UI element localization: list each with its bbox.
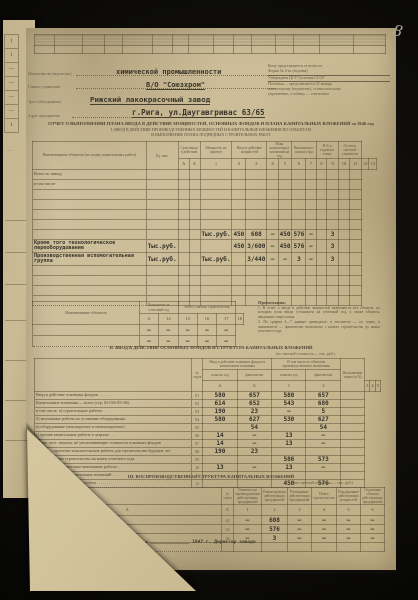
table-cell: Выполнение плана (в %) <box>341 359 365 392</box>
margin-cell: 1 <box>4 34 19 49</box>
table-cell <box>146 170 178 180</box>
table-cell <box>338 253 350 266</box>
table-cell: 652 <box>237 400 272 408</box>
table-cell: 450 <box>232 240 246 253</box>
table-cell <box>336 543 360 552</box>
table-cell: 614 <box>203 400 237 408</box>
table-cell: 09 <box>191 456 203 464</box>
table-cell <box>278 180 292 190</box>
table-cell: 580 <box>203 392 237 400</box>
table-cell <box>146 276 178 286</box>
margin-mini-table: 11————1 <box>4 34 19 133</box>
table-cell: Техническое перевооружение действующих п… <box>233 488 261 505</box>
table-cell: — <box>159 325 178 336</box>
table-cell <box>267 276 278 286</box>
table-cell: — <box>306 230 316 240</box>
table-cell: 450 <box>278 240 292 253</box>
table-cell <box>327 276 338 286</box>
table-cell <box>200 210 232 220</box>
table-cell <box>189 240 200 253</box>
table-cell: 608 <box>246 230 267 240</box>
table-cell: Тыс.руб. <box>146 253 178 266</box>
table-cell: план на год <box>203 370 237 381</box>
table-cell: Реконструкция действующих предприятий <box>262 488 288 505</box>
table-cell: 13 <box>369 159 377 170</box>
table-cell: фактически <box>237 370 272 381</box>
table-cell: 3 <box>327 230 338 240</box>
table-cell: 4 <box>311 505 336 516</box>
table-cell: 576 <box>292 230 306 240</box>
table-cell: — <box>306 240 316 253</box>
table-cell <box>189 170 200 180</box>
table-cell <box>316 170 327 180</box>
report-title: ОТЧЕТ О ВЫПОЛНЕНИИ ПЛАНА ВВОДА В ДЕЙСТВИ… <box>36 121 386 137</box>
table-cell <box>350 190 362 200</box>
table-cell: 4 <box>267 159 278 170</box>
table-cell: 627 <box>306 416 341 424</box>
table-cell <box>146 220 178 230</box>
table-cell: — <box>336 525 360 534</box>
strip-cell <box>35 46 55 54</box>
table-cell: Новое строительство <box>311 488 336 505</box>
table-cell <box>316 210 327 220</box>
note-1: 1. В отчет о вводе в действие мощностей … <box>258 306 380 319</box>
table-cell: план на год <box>272 370 306 381</box>
section2-note: (по сметной стоимости — тыс. руб.) <box>276 352 335 356</box>
t2-corner <box>35 359 192 392</box>
table-cell: 657 <box>237 392 272 400</box>
table-cell: 7 <box>306 159 316 170</box>
table-cell <box>246 220 267 230</box>
table-cell <box>338 180 350 190</box>
strip-header-cell <box>122 35 152 46</box>
header-row-address: Адрес предприятия г.Рига, ул.Даугавгрива… <box>28 110 298 121</box>
address-value: г.Рига, ул.Даугавгривас 63/65 <box>132 108 265 118</box>
table-cell <box>316 180 327 190</box>
table-cell <box>178 200 189 210</box>
table-cell <box>350 230 362 240</box>
table-cell: 657 <box>306 392 341 400</box>
table-cell: — <box>360 516 384 525</box>
note-2: 2. По графам 4—7 данные приводятся: в чи… <box>258 320 380 333</box>
table-cell <box>232 253 246 266</box>
table-cell: — <box>237 440 272 448</box>
ministry-value: химической промышленности <box>116 68 221 76</box>
table-cell <box>200 190 232 200</box>
table-cell: 627 <box>237 416 272 424</box>
table-cell <box>338 266 350 276</box>
t1-row-label <box>33 190 147 200</box>
table-fixed-assets: № строкВвод в действие основных фондов и… <box>34 358 381 488</box>
t2-row-label: б) монтажные работы по установке оборудо… <box>35 416 192 424</box>
table-cell <box>146 190 178 200</box>
table-cell: 02 <box>222 525 234 534</box>
table-cell: — <box>237 464 272 472</box>
table-cell <box>146 266 178 276</box>
table-cell: 3 <box>327 253 338 266</box>
table-cell: 13 <box>272 432 306 440</box>
table-cell <box>232 200 246 210</box>
table-cell <box>327 286 338 296</box>
margin-cell: 1 <box>4 49 19 63</box>
strip-cell <box>188 46 214 54</box>
margin-cell: — <box>4 63 19 77</box>
table-cell <box>146 230 178 240</box>
t2-row-label: Ввод в действие основных фондов . . . . … <box>35 392 192 400</box>
table-cell: Поддержание действующих мощностей <box>336 488 360 505</box>
table-cell <box>178 240 189 253</box>
table-cell: Тыс.руб. <box>146 240 178 253</box>
t1-row-label: Кроме того технологическое переоборудова… <box>33 240 147 253</box>
table-cell: 3 <box>246 159 267 170</box>
table-cell <box>306 200 316 210</box>
table-cell <box>203 424 237 432</box>
table-cell <box>327 200 338 210</box>
table-cell <box>178 266 189 276</box>
table-cell: — <box>233 525 261 534</box>
strip-cell <box>276 46 294 54</box>
table-cell <box>178 170 189 180</box>
table-cell <box>306 180 316 190</box>
table-cell <box>189 210 200 220</box>
table-cell <box>316 190 327 200</box>
strip-header-cell <box>35 35 55 46</box>
t2-row-label: Выполнено подрядным способом . . . . . .… <box>35 479 192 487</box>
table-cell <box>316 230 327 240</box>
table-cell: 8 <box>316 159 327 170</box>
table-cell: — <box>267 240 278 253</box>
table-cell <box>232 286 246 296</box>
table-cell: 3 <box>287 505 311 516</box>
table-cell: В % к годовому плану <box>316 142 338 159</box>
table-cell: План капитальных вложений на год <box>267 142 292 159</box>
table-cell: А <box>139 314 158 325</box>
table-cell: 3 <box>327 240 338 253</box>
table-cell <box>311 543 336 552</box>
table-cell <box>341 432 365 440</box>
table-cell: 16 <box>197 314 216 325</box>
strip-header-cell <box>234 35 252 46</box>
t3-corner <box>33 488 222 505</box>
t2-row-label: в) оборудование (монтируемое и немонтиру… <box>35 424 192 432</box>
table-cell <box>341 424 365 432</box>
table-cell: 14 <box>203 432 237 440</box>
table-cell <box>278 200 292 210</box>
table-cell: — <box>306 464 341 472</box>
table-cell <box>189 180 200 190</box>
table-cell <box>278 210 292 220</box>
table-cell: — <box>287 534 311 543</box>
table-cell: — <box>278 253 292 266</box>
margin-cell: 1 <box>4 119 19 133</box>
notes-block: Примечания: 1. В отчет о вводе в действи… <box>258 300 380 335</box>
table-cell: 2 <box>306 381 341 392</box>
table-cell: — <box>267 253 278 266</box>
table-cell <box>272 448 306 456</box>
table-cell: Ед. изм. <box>146 142 178 170</box>
table-cell <box>350 210 362 220</box>
table-cell <box>246 200 267 210</box>
table-cell <box>338 240 350 253</box>
table-cell: 14 <box>159 314 178 325</box>
table-cell: — <box>287 525 311 534</box>
table-cell: — <box>267 230 278 240</box>
table-cell <box>306 266 316 276</box>
t2-row-label: Кроме того: затраты, не увеличивающие ст… <box>35 440 192 448</box>
table-cell <box>341 464 365 472</box>
table-cell: — <box>233 516 261 525</box>
table-cell: 1 <box>200 159 232 170</box>
table-cell <box>232 276 246 286</box>
table-cell <box>267 220 278 230</box>
table-cell: 03 <box>191 408 203 416</box>
table-cell: 543 <box>272 400 306 408</box>
table-cell <box>232 190 246 200</box>
strip-cell <box>252 46 276 54</box>
table-cell <box>267 266 278 276</box>
table-cell: 13 <box>272 440 306 448</box>
table-cell <box>203 456 237 464</box>
table-cell: 580 <box>203 416 237 424</box>
strip-header-cell <box>152 35 172 46</box>
strip-header-cell <box>320 35 354 46</box>
table-cell: 576 <box>292 240 306 253</box>
strip-cell <box>234 46 252 54</box>
table-cell: Тыс.руб. <box>200 253 232 266</box>
report-page: Министерство (ведомство) химической пром… <box>26 28 396 570</box>
table-cell: 2 <box>232 159 246 170</box>
form-info-block: Кому представляется отчетность Форма № 2… <box>268 64 390 98</box>
table-cell <box>338 200 350 210</box>
table-cell <box>246 170 267 180</box>
table-cell: 190 <box>203 448 237 456</box>
title-line-3: И ВЫПОЛНЕНИЕ ПЛАНА ПОДРЯДНЫХ СТРОИТЕЛЬНЫ… <box>36 132 386 137</box>
strip-cell <box>82 46 104 54</box>
table-cell: 3 <box>262 534 288 543</box>
table-cell <box>327 210 338 220</box>
table-cell: — <box>139 325 158 336</box>
table-cell <box>292 220 306 230</box>
table-cell: 5 <box>306 408 341 416</box>
table-cell <box>146 286 178 296</box>
table-cell <box>292 200 306 210</box>
table-cell: Б <box>237 381 272 392</box>
table-cell <box>350 180 362 190</box>
table-cell <box>232 170 246 180</box>
pencil-page-number: 8 <box>391 21 404 41</box>
table-cell: 450 <box>232 230 246 240</box>
t1-row-label: в том числе: <box>33 180 147 190</box>
table-cell: — <box>311 525 336 534</box>
t1-row-label <box>33 230 147 240</box>
table-cell: 530 <box>272 416 306 424</box>
table-cell <box>232 266 246 276</box>
table-cell: № строк <box>222 488 234 505</box>
table-cell: 18 <box>236 314 244 325</box>
table-cell: — <box>197 325 216 336</box>
table-cell <box>200 170 232 180</box>
table-cell: 12 <box>361 159 369 170</box>
table-cell: 1 <box>272 381 306 392</box>
strip-header-cell <box>214 35 234 46</box>
table-cell <box>316 266 327 276</box>
table-cell: 07 <box>191 440 203 448</box>
table-cell <box>189 253 200 266</box>
t3-row-label: в том числе: строительно-монтажные работ… <box>33 525 222 534</box>
table-cell: 23 <box>237 408 272 416</box>
table-cell <box>341 400 365 408</box>
t1-row-label <box>33 286 147 296</box>
table-cell: В том числе по объектам производственног… <box>272 359 341 370</box>
table-cell <box>350 253 362 266</box>
section3-title: III. ВОСПРОИЗВОДСТВЕННАЯ СТРУКТУРА КАПИТ… <box>66 474 356 479</box>
table-cell <box>278 220 292 230</box>
sub-row-label <box>33 325 140 336</box>
table-cell <box>316 240 327 253</box>
table-cell: 54 <box>306 424 341 432</box>
header-row-glavk: Главное управление В/О "Союзхром" <box>28 81 278 92</box>
table-cell: 11 <box>350 159 362 170</box>
table-cell <box>341 392 365 400</box>
table-cell: 1 <box>233 505 261 516</box>
table-cell <box>178 253 189 266</box>
table-cell <box>338 220 350 230</box>
margin-cell: — <box>4 105 19 119</box>
table-cell <box>246 286 267 296</box>
table-cell: А <box>33 505 222 516</box>
table-cell: — <box>360 525 384 534</box>
table-cell <box>272 424 306 432</box>
table-cell <box>292 286 306 296</box>
margin-cell: — <box>4 91 19 105</box>
strip-cell <box>294 46 320 54</box>
table-cell <box>267 286 278 296</box>
margin-cell: — <box>4 77 19 91</box>
table-cell: Б <box>222 505 234 516</box>
strip-header-cell <box>353 35 385 46</box>
notes-title: Примечания: <box>258 300 380 305</box>
t1-row-label: Всего по заводу <box>33 170 147 180</box>
table-cell <box>146 210 178 220</box>
table-cell: 15 <box>178 314 197 325</box>
table-cell: 2 <box>262 505 288 516</box>
table-cell <box>278 276 292 286</box>
table-cell <box>200 286 232 296</box>
form-info-line: управлению, госбанку — статистика <box>268 92 390 97</box>
table-cell <box>246 266 267 276</box>
t1-row-label <box>33 276 147 286</box>
strip-cell <box>152 46 172 54</box>
table-cell <box>267 180 278 190</box>
table-cell: — <box>306 253 316 266</box>
table-cell: 17 <box>217 314 236 325</box>
strip-cell <box>54 46 82 54</box>
table-cell: А <box>178 159 189 170</box>
table-cell <box>338 286 350 296</box>
table-cell <box>189 286 200 296</box>
strip-header-cell <box>104 35 122 46</box>
table-cell: 3/600 <box>246 240 267 253</box>
table-cell: 06 <box>191 432 203 440</box>
table-cell <box>267 170 278 180</box>
table-cell: 10 <box>191 464 203 472</box>
table-cell: Выполнено за отчетный год <box>139 302 178 314</box>
t1-corner: Наименование объектов (по плану капиталь… <box>33 142 147 170</box>
table-cell <box>327 180 338 190</box>
enterprise-value: Рижский лакокрасочный завод <box>90 95 210 105</box>
table-cell: 5 <box>278 159 292 170</box>
table-cell: Отдельные объекты действующих предприяти… <box>360 488 384 505</box>
table-cell <box>306 276 316 286</box>
strip-cell <box>353 46 385 54</box>
t3-row-label: Капитальные вложения — всего . . . . <box>33 516 222 525</box>
table-cell: 190 <box>203 408 237 416</box>
table-cell <box>306 170 316 180</box>
enterprise-label: Трест (объединение) <box>28 100 61 104</box>
table-cell <box>246 190 267 200</box>
table-cell <box>327 266 338 276</box>
table-cell: 54 <box>237 424 272 432</box>
table-cell <box>327 190 338 200</box>
table-cell: — <box>306 432 341 440</box>
table-cell <box>306 210 316 220</box>
table-cell <box>267 210 278 220</box>
section3-note: (по сметной стоимости — тыс. руб.) <box>294 481 353 485</box>
table-cell <box>350 276 362 286</box>
table-cell <box>350 220 362 230</box>
strip-header-cell <box>294 35 320 46</box>
table-cell <box>327 220 338 230</box>
table-cell <box>200 200 232 210</box>
table-cell <box>232 210 246 220</box>
table-cell <box>178 276 189 286</box>
table-cell: Расширение действующих предприятий <box>287 488 311 505</box>
table-cell <box>267 190 278 200</box>
table-cell <box>292 210 306 220</box>
table-cell <box>338 210 350 220</box>
table-cell: Срок ввода в действие <box>178 142 200 159</box>
strip-header-cell <box>54 35 82 46</box>
section2-title: II. ВВОД В ДЕЙСТВИЕ ОСНОВНЫХ ФОНДОВ И СТ… <box>56 345 366 350</box>
table-cell <box>292 276 306 286</box>
table-cell <box>189 200 200 210</box>
table-cell <box>246 210 267 220</box>
table-cell <box>189 190 200 200</box>
strip-cell <box>104 46 122 54</box>
table-cell <box>338 190 350 200</box>
table-cell <box>262 543 288 552</box>
table-cell: 05 <box>191 424 203 432</box>
glavk-label: Главное управление <box>28 85 60 89</box>
top-strip-table <box>34 34 386 54</box>
table-cell <box>341 456 365 464</box>
table-cell <box>350 286 362 296</box>
table-cell: Мощность по проекту <box>200 142 232 159</box>
table-cell: 3 <box>292 253 306 266</box>
table-cell: Ввод в действие мощностей <box>232 142 267 159</box>
table-cell <box>200 240 232 253</box>
table-cell <box>306 220 316 230</box>
margin-text: ...... <box>7 148 12 152</box>
table-cell: 6 <box>360 505 384 516</box>
table-cell <box>292 180 306 190</box>
table-cell <box>237 479 272 487</box>
table-cell <box>146 180 178 190</box>
table-cell <box>232 220 246 230</box>
table-cell <box>178 230 189 240</box>
table-cell: 13 <box>203 464 237 472</box>
table-cell <box>246 276 267 286</box>
